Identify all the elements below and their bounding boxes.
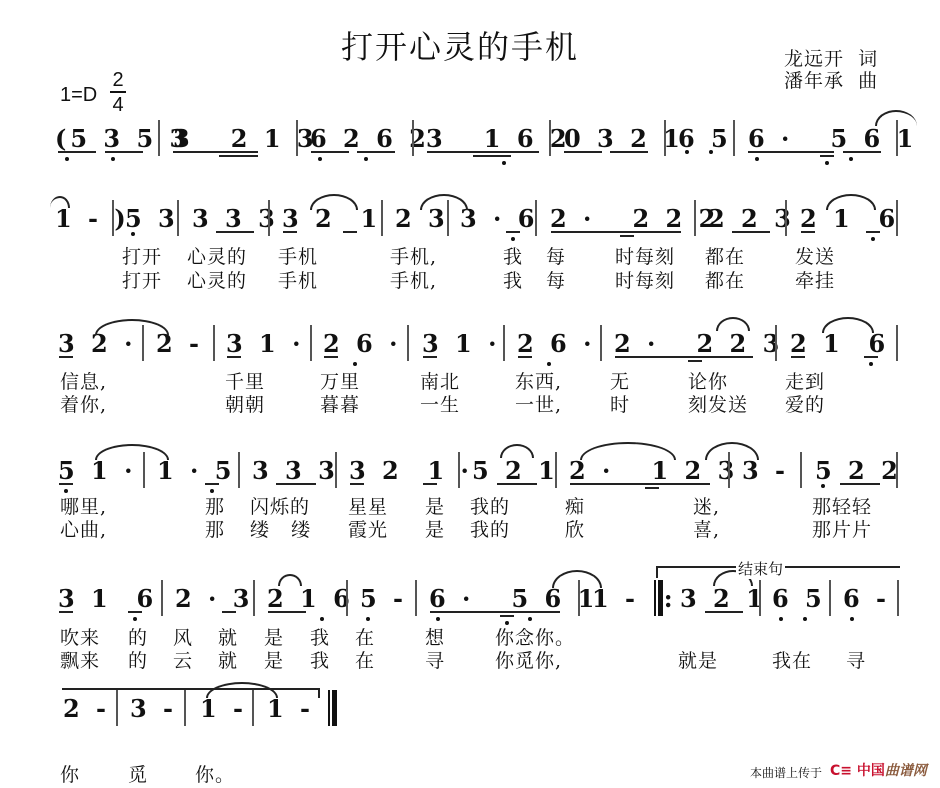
lyric: 欣 (565, 515, 585, 542)
measure: 5 1 · (58, 456, 136, 485)
lyric: 时每刻 (615, 266, 675, 293)
lyric: 在 (355, 646, 375, 673)
measure: 3 2 1 · (349, 456, 473, 485)
measure: 5 2 2 (815, 456, 902, 485)
lyric: 着你, (60, 390, 107, 417)
barline (238, 452, 240, 488)
lyric: 牵挂 (795, 266, 835, 293)
tie (500, 444, 534, 458)
staff-row-6: 2 - 3 - 1 - 1 - (0, 690, 940, 730)
lyric: 我 (503, 242, 523, 269)
lyric: 每 (546, 242, 566, 269)
barline (535, 200, 537, 236)
staff-row-3: 3 2 · 2 - 3 1 · 2 6 · 3 1 · 2 6 · 2 · 2 … (0, 325, 940, 365)
measure: 1 - (200, 694, 247, 723)
lyric: 喜, (693, 515, 720, 542)
tie (95, 444, 169, 460)
measure: 6 - (843, 584, 890, 613)
staff-row-4: 5 1 · 1 · 5 3 3 3 3 2 1 · 5 2 1 2 · 1 2 … (0, 452, 940, 492)
measure: 6 · 5 6 1 (429, 584, 598, 613)
lyric: 刻发送 (688, 390, 748, 417)
tie (875, 110, 917, 126)
staff-row-2: 1 - ) 5 3 3 3 3 3 2 1 2 3 3 · 6 2 · 2 2 … (0, 200, 940, 240)
lyric: 我 (503, 266, 523, 293)
lyric: 云 (173, 646, 193, 673)
lyric: 手机, (390, 266, 437, 293)
barline (775, 325, 777, 361)
lyric: 那 (205, 515, 225, 542)
measure: 3 · 6 (460, 204, 538, 233)
barline (346, 580, 348, 616)
lyric: 就 (218, 646, 238, 673)
lyric: 手机 (278, 266, 318, 293)
site-name-part-a: 中国 (857, 763, 885, 779)
measure: 2 6 · (323, 329, 401, 358)
lyric: 都在 (705, 242, 745, 269)
barline (785, 200, 787, 236)
song-title: 打开心灵的手机 (0, 22, 920, 68)
measure: 5 3 (125, 204, 179, 233)
lyric: 觅 (128, 760, 148, 787)
lyric: 是 (264, 646, 284, 673)
repeat-barline-thin (654, 580, 656, 616)
tie (50, 196, 70, 208)
barline (549, 120, 551, 156)
barline (458, 452, 460, 488)
tie (278, 574, 302, 586)
barline (310, 325, 312, 361)
lyric: 缕 缕 (250, 515, 311, 542)
barline (177, 200, 179, 236)
measure: 3 3 3 (192, 204, 279, 233)
lyric: 是 (425, 515, 445, 542)
measure: 1 - ) (55, 204, 130, 233)
lyric: 心曲, (60, 515, 107, 542)
time-numerator: 2 (110, 70, 126, 93)
barline (184, 690, 186, 726)
barline (161, 580, 163, 616)
repeat-barline-thick (658, 580, 663, 616)
site-name-part-b: 曲谱网 (885, 763, 927, 779)
key-signature: 1=D (60, 84, 97, 107)
measure: 2 2 3 (708, 204, 795, 233)
barline (694, 200, 696, 236)
lyric: 手机 (278, 242, 318, 269)
time-signature: 2 4 (110, 70, 126, 115)
final-barline-thin (328, 690, 330, 726)
measure: 3 1 6 (58, 584, 157, 613)
staff-row-1: (5 3 5 3 3 2 1 3 6 2 6 2 3 1 6 2 0 3 2 1… (0, 120, 940, 160)
measure: 3 - (742, 456, 789, 485)
barline (335, 452, 337, 488)
tie (826, 194, 876, 210)
measure: 3 1 · (226, 329, 304, 358)
lyric: 时 (610, 390, 630, 417)
measure: 2 - (63, 694, 110, 723)
barline (555, 452, 557, 488)
final-barline-thick (332, 690, 337, 726)
barline (896, 325, 898, 361)
logo-icon: C≡ (830, 763, 852, 779)
tie (552, 570, 602, 588)
lyric: 时每刻 (615, 242, 675, 269)
lyric: 发送 (795, 242, 835, 269)
barline (213, 325, 215, 361)
measure: 5 2 1 (472, 456, 559, 485)
ending-label: 结束句 (736, 558, 785, 579)
measure: 2 1 6 (790, 329, 889, 358)
tie (705, 442, 759, 460)
tie (822, 317, 874, 333)
barline (759, 580, 761, 616)
upload-credit: 本曲谱上传于 (750, 764, 822, 781)
barline (664, 120, 666, 156)
lyric: 一世, (515, 390, 562, 417)
barline (253, 580, 255, 616)
barline (733, 120, 735, 156)
barline (896, 200, 898, 236)
lyric: 飘来 (60, 646, 100, 673)
lyric: 的 (128, 646, 148, 673)
lyric: 就是 (678, 646, 718, 673)
lyric: 我的 (470, 515, 510, 542)
lyric: 暮暮 (320, 390, 360, 417)
site-logo[interactable]: C≡ 中国曲谱网 (830, 760, 927, 780)
lyric: 心灵的 (187, 266, 247, 293)
barline (896, 452, 898, 488)
lyric: 寻 (425, 646, 445, 673)
lyric: 朝朝 (225, 390, 265, 417)
barline (112, 200, 114, 236)
barline (268, 200, 270, 236)
barline (116, 690, 118, 726)
tie (310, 194, 358, 210)
barline (600, 325, 602, 361)
barline (503, 325, 505, 361)
lyric: 我在 (772, 646, 812, 673)
barline (381, 200, 383, 236)
measure: 5 - (360, 584, 407, 613)
tie (580, 442, 676, 460)
lyric: 你。 (195, 760, 235, 787)
measure: 3 2 1 (680, 584, 767, 613)
barline (829, 580, 831, 616)
measure: 1 - (267, 694, 314, 723)
measure: 3 3 3 (252, 456, 339, 485)
barline (897, 580, 899, 616)
staff-row-5: 3 1 6 2 · 3 2 1 6 5 - 6 · 5 6 1 1 - : 3 … (0, 580, 940, 620)
barline (800, 452, 802, 488)
ending-bracket-continuation (62, 688, 320, 690)
measure: 6 5 (772, 584, 826, 613)
lyric: 心灵的 (187, 242, 247, 269)
measure: 6 5 (678, 124, 732, 153)
lyric: 那片片 (812, 515, 872, 542)
tie (716, 317, 750, 331)
measure: 2 · 3 (175, 584, 253, 613)
time-denominator: 4 (110, 93, 126, 115)
measure: 3 - (130, 694, 177, 723)
measure: 3 1 · (422, 329, 500, 358)
lyric: 你 (60, 760, 80, 787)
lyric: 霞光 (348, 515, 388, 542)
barline (407, 325, 409, 361)
lyric: 打开 (122, 242, 162, 269)
measure: 2 6 · (517, 329, 595, 358)
lyric: 我 (310, 646, 330, 673)
lyric: 寻 (846, 646, 866, 673)
composer-credit: 潘年承 曲 (784, 66, 878, 93)
tie (420, 194, 468, 210)
measure: 2 · 1 2 3 (569, 456, 738, 485)
tie (206, 682, 278, 698)
lyric: 你觅你, (495, 646, 562, 673)
barline (415, 580, 417, 616)
lyric: 每 (546, 266, 566, 293)
barline (296, 120, 298, 156)
lyric: 打开 (122, 266, 162, 293)
barline (158, 120, 160, 156)
measure: 1 - : (592, 584, 677, 613)
measure: 1 · 5 (157, 456, 235, 485)
lyric: 一生 (420, 390, 460, 417)
measure: 6 · 5 6 1 (748, 124, 917, 153)
lyric: 手机, (390, 242, 437, 269)
measure: 2 · 2 2 3 (614, 329, 783, 358)
measure: 2 1 6 (267, 584, 354, 613)
measure: (5 3 5 3 (55, 124, 190, 153)
tie (95, 319, 169, 335)
lyric: 爱的 (785, 390, 825, 417)
lyric: 都在 (705, 266, 745, 293)
barline (412, 120, 414, 156)
